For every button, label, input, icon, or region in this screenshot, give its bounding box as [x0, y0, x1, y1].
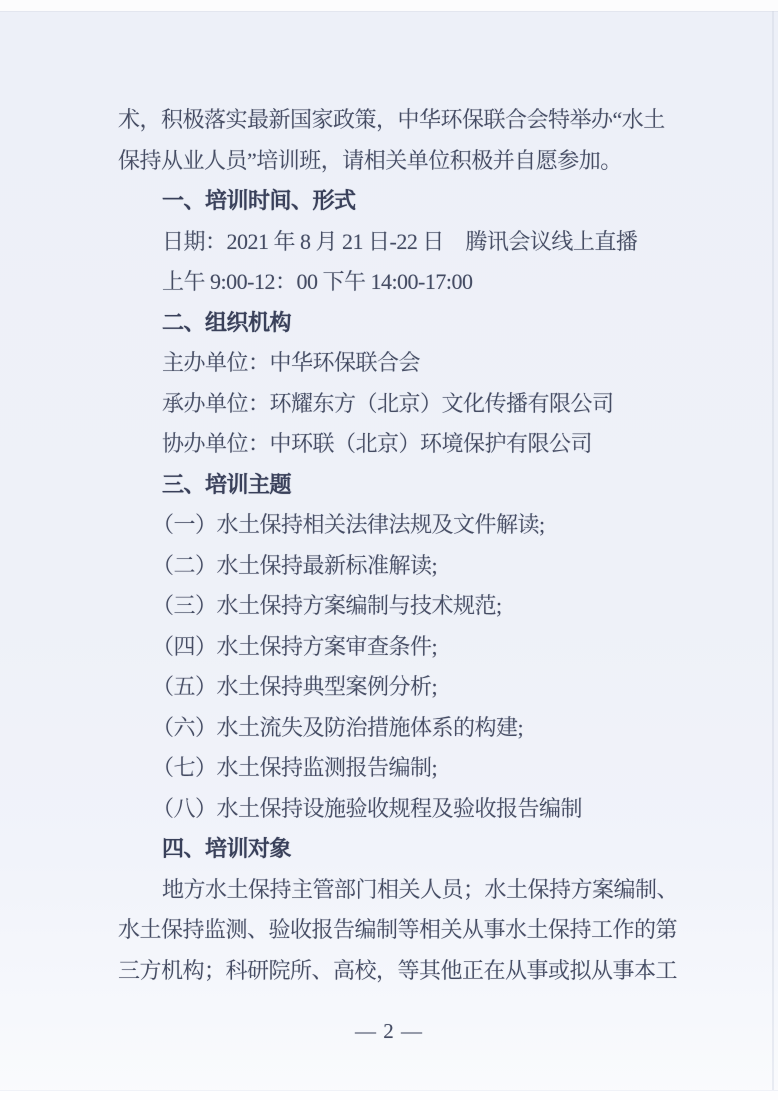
section-heading: 一、培训时间、形式	[118, 181, 684, 222]
section-heading: 三、培训主题	[118, 465, 684, 506]
scan-edge-bottom	[0, 1090, 778, 1100]
document-line: 主办单位：中华环保联合会	[118, 343, 684, 384]
document-line: （四）水土保持方案审查条件;	[118, 627, 684, 668]
document-line: 保持从业人员”培训班，请相关单位积极并自愿参加。	[118, 141, 684, 182]
document-line: （一）水土保持相关法律法规及文件解读;	[118, 505, 684, 546]
scanned-page: 术，积极落实最新国家政策，中华环保联合会特举办“水土保持从业人员”培训班，请相关…	[0, 0, 778, 1100]
document-line: 协办单位：中环联（北京）环境保护有限公司	[118, 424, 684, 465]
document-line: （八）水土保持设施验收规程及验收报告编制	[118, 789, 684, 830]
document-line: 日期：2021 年 8 月 21 日-22 日 腾讯会议线上直播	[118, 222, 684, 263]
document-line: 地方水土保持主管部门相关人员；水土保持方案编制、	[118, 870, 684, 911]
document-line: 术，积极落实最新国家政策，中华环保联合会特举办“水土	[118, 100, 684, 141]
section-heading: 四、培训对象	[118, 829, 684, 870]
document-line: 承办单位：环耀东方（北京）文化传播有限公司	[118, 384, 684, 425]
page-number: — 2 —	[0, 1019, 778, 1044]
document-line: 上午 9:00-12：00 下午 14:00-17:00	[118, 262, 684, 303]
document-line: （三）水土保持方案编制与技术规范;	[118, 586, 684, 627]
scan-edge-top	[0, 0, 778, 12]
document-line: （二）水土保持最新标准解读;	[118, 546, 684, 587]
scan-edge-right	[772, 11, 774, 1091]
document-line: 水土保持监测、验收报告编制等相关从事水土保持工作的第	[118, 910, 684, 951]
document-line: （六）水土流失及防治措施体系的构建;	[118, 708, 684, 749]
document-line: 三方机构；科研院所、高校，等其他正在从事或拟从事本工	[118, 951, 684, 992]
document-body: 术，积极落实最新国家政策，中华环保联合会特举办“水土保持从业人员”培训班，请相关…	[118, 100, 684, 991]
section-heading: 二、组织机构	[118, 303, 684, 344]
document-line: （五）水土保持典型案例分析;	[118, 667, 684, 708]
document-line: （七）水土保持监测报告编制;	[118, 748, 684, 789]
